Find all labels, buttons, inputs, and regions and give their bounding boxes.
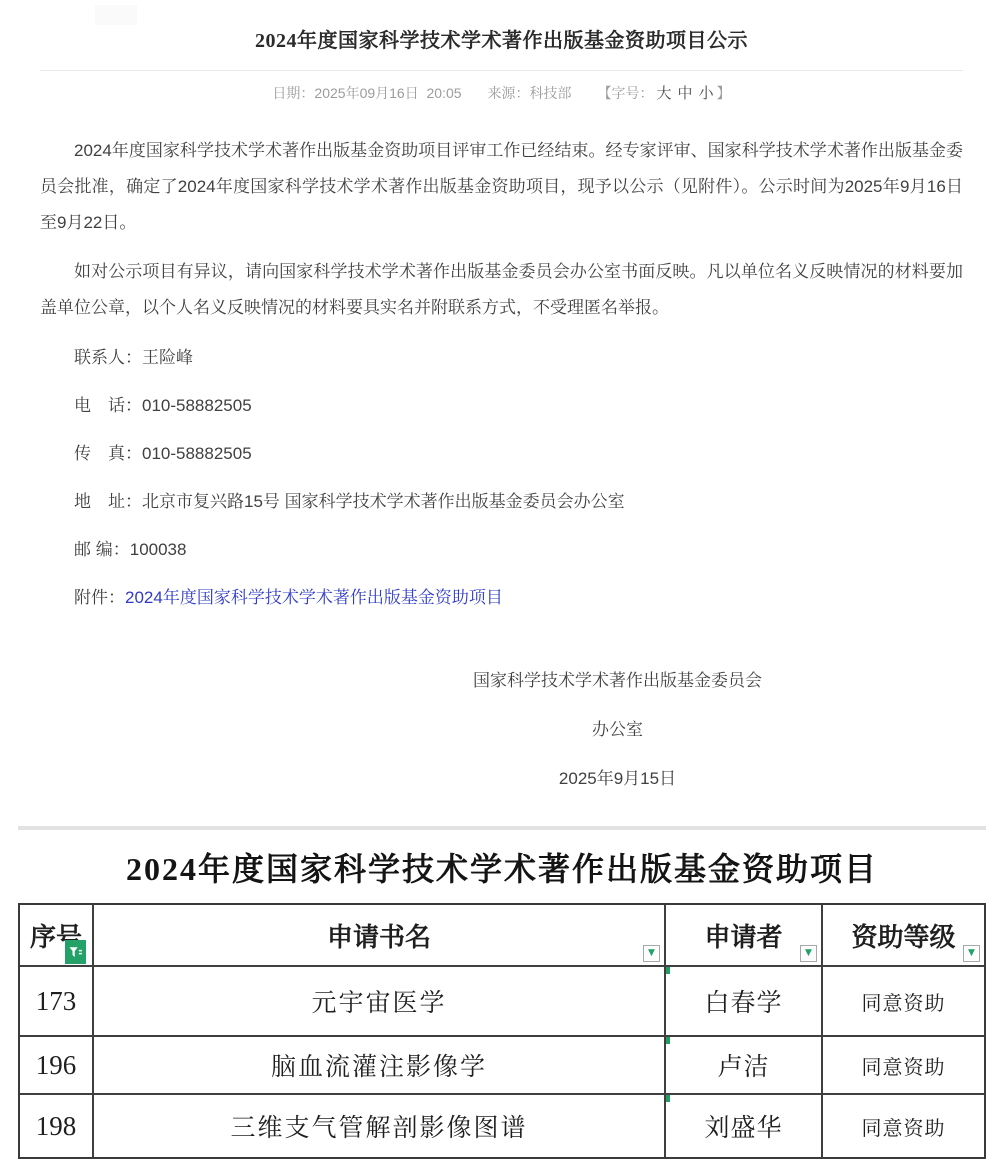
font-size-medium-link[interactable]: 中 [678, 85, 693, 102]
green-tick-icon [666, 1095, 670, 1102]
contact-person-line: 联系人：王险峰 [40, 346, 963, 369]
contact-value: 王险峰 [142, 348, 193, 367]
meta-fontsize-label: 【字号： [598, 85, 654, 101]
cell-book: 三维支气管解剖影像图谱 [94, 1095, 666, 1157]
contact-value: 010-58882505 [142, 444, 252, 463]
attachment-line: 附件：2024年度国家科学技术学术著作出版基金资助项目 [40, 586, 963, 609]
cell-applicant: 白春学 [666, 967, 823, 1037]
attachment-table-screenshot: 2024年度国家科学技术学术著作出版基金资助项目 序号 申请书名 ▼ 申请者 ▼… [18, 826, 986, 1159]
cell-book: 元宇宙医学 [94, 967, 666, 1037]
column-header-no: 序号 [20, 905, 94, 967]
signature-block: 国家科学技术学术著作出版基金委员会 办公室 2025年9月15日 [40, 669, 963, 790]
meta-date-value: 2025年09月16日 20:05 [314, 85, 461, 101]
contact-block: 联系人：王险峰 电 话：010-58882505 传 真：010-5888250… [40, 346, 963, 609]
page-title: 2024年度国家科学技术学术著作出版基金资助项目公示 [40, 0, 963, 53]
contact-value: 北京市复兴路15号 国家科学技术学术著作出版基金委员会办公室 [142, 492, 625, 511]
cell-book: 脑血流灌注影像学 [94, 1037, 666, 1095]
announcement-document: 2024年度国家科学技术学术著作出版基金资助项目公示 日期：2025年09月16… [0, 0, 1003, 790]
cell-applicant: 刘盛华 [666, 1095, 823, 1157]
column-header-grade: 资助等级 ▼ [823, 905, 984, 967]
font-size-small-link[interactable]: 小 [699, 85, 714, 102]
filter-funnel-icon[interactable] [65, 940, 86, 964]
meta-source-value: 科技部 [530, 85, 572, 101]
green-tick-icon [666, 967, 670, 974]
column-header-book: 申请书名 ▼ [94, 905, 666, 967]
attachment-label: 附件： [74, 588, 125, 607]
cell-grade: 同意资助 [823, 1037, 984, 1095]
signature-office: 办公室 [272, 718, 963, 741]
postcode-line: 邮 编：100038 [40, 538, 963, 561]
meta-bar: 日期：2025年09月16日 20:05来源：科技部【字号：大中小】 [40, 82, 963, 103]
paragraph-announcement: 2024年度国家科学技术学术著作出版基金资助项目评审工作已经结束。经专家评审、国… [40, 133, 963, 241]
attachment-link[interactable]: 2024年度国家科学技术学术著作出版基金资助项目 [125, 588, 503, 607]
filter-dropdown-icon[interactable]: ▼ [963, 945, 980, 962]
font-size-large-link[interactable]: 大 [657, 85, 672, 102]
meta-fontsize-close: 】 [717, 85, 731, 101]
address-line: 地 址：北京市复兴路15号 国家科学技术学术著作出版基金委员会办公室 [40, 490, 963, 513]
contact-value: 100038 [130, 540, 187, 559]
column-header-applicant: 申请者 ▼ [666, 905, 823, 967]
cell-no: 173 [20, 967, 94, 1037]
meta-source-label: 来源： [488, 85, 530, 101]
divider [40, 70, 963, 71]
filter-dropdown-icon[interactable]: ▼ [643, 945, 660, 962]
contact-label: 邮 编： [74, 540, 130, 559]
green-tick-icon [666, 1037, 670, 1044]
funnel-glyph [68, 945, 83, 960]
contact-label: 传 真： [74, 444, 142, 463]
contact-label: 地 址： [74, 492, 142, 511]
filter-dropdown-icon[interactable]: ▼ [800, 945, 817, 962]
cell-applicant: 卢洁 [666, 1037, 823, 1095]
meta-date-label: 日期： [272, 85, 314, 101]
fax-line: 传 真：010-58882505 [40, 442, 963, 465]
signature-org: 国家科学技术学术著作出版基金委员会 [272, 669, 963, 692]
cell-no: 196 [20, 1037, 94, 1095]
paragraph-objection: 如对公示项目有异议，请向国家科学技术学术著作出版基金委员会办公室书面反映。凡以单… [40, 254, 963, 326]
projects-table: 序号 申请书名 ▼ 申请者 ▼ 资助等级 ▼ 173 元宇宙医学 白春学 同意资… [18, 903, 986, 1159]
table-title: 2024年度国家科学技术学术著作出版基金资助项目 [18, 830, 986, 903]
contact-label: 联系人： [74, 348, 142, 367]
phone-line: 电 话：010-58882505 [40, 394, 963, 417]
signature-date: 2025年9月15日 [272, 767, 963, 790]
contact-value: 010-58882505 [142, 396, 252, 415]
stray-artifact-box [95, 5, 137, 25]
cell-no: 198 [20, 1095, 94, 1157]
cell-grade: 同意资助 [823, 1095, 984, 1157]
cell-grade: 同意资助 [823, 967, 984, 1037]
contact-label: 电 话： [74, 396, 142, 415]
